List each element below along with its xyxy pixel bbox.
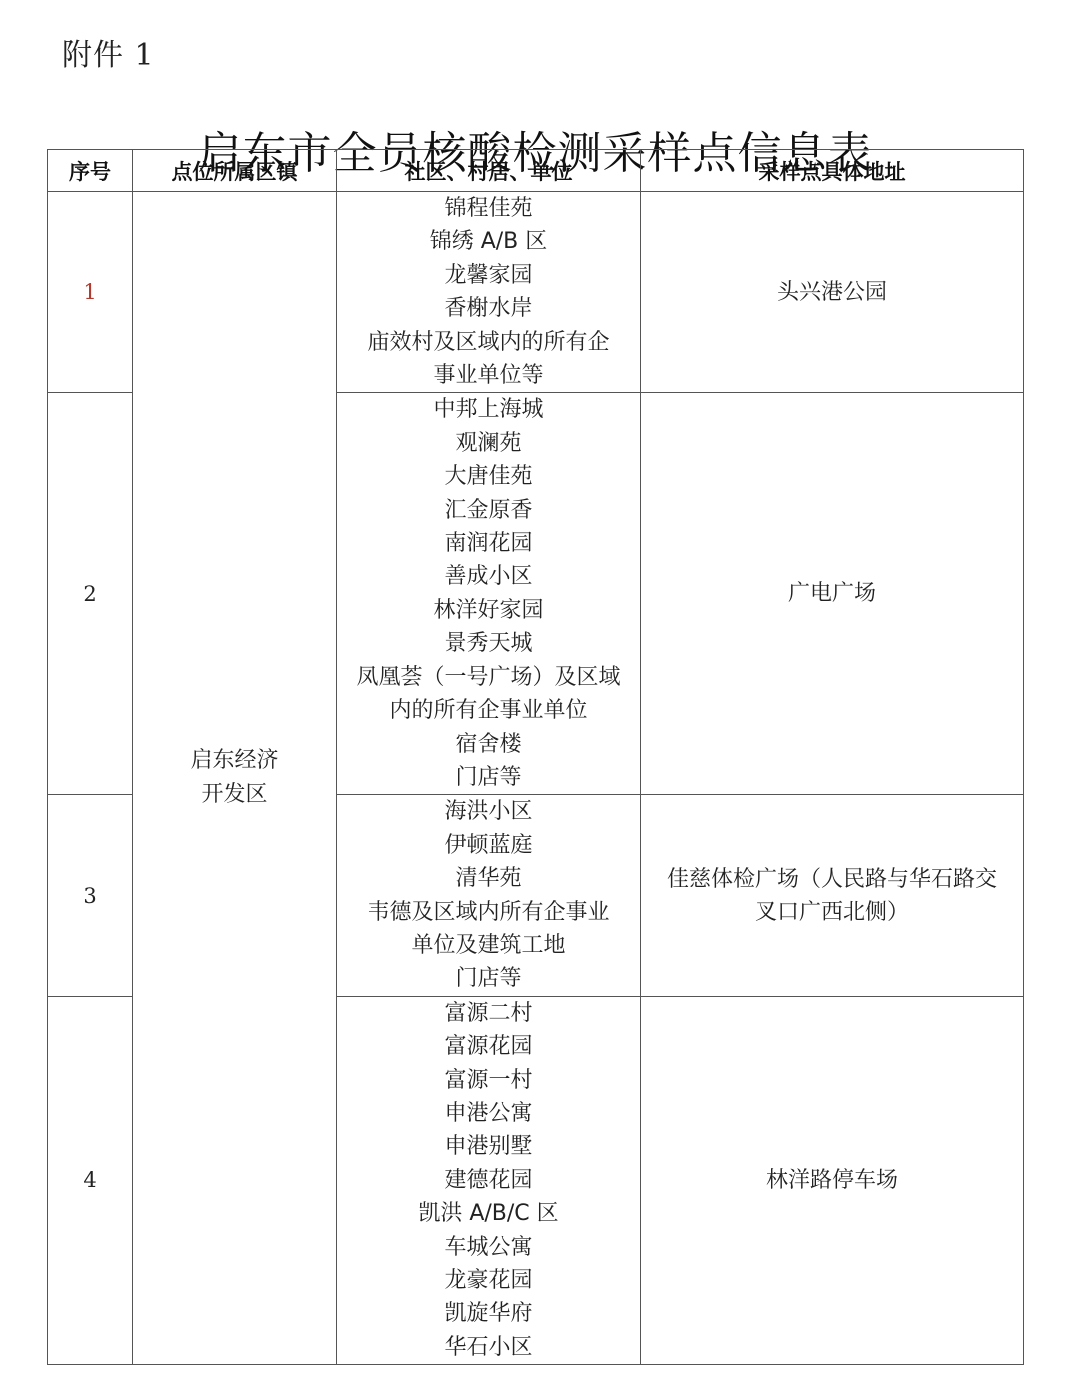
community-item: 凯洪 A/B/C 区 xyxy=(337,1197,640,1230)
community-item: 申港公寓 xyxy=(337,1097,640,1130)
address-line: 广电广场 xyxy=(641,577,1023,610)
community-item: 庙效村及区域内的所有企 xyxy=(337,326,640,359)
community-item: 凤凰荟（一号广场）及区域 xyxy=(337,661,640,694)
address-line: 林洋路停车场 xyxy=(641,1164,1023,1197)
community-item: 凯旋华府 xyxy=(337,1297,640,1330)
community-item: 富源一村 xyxy=(337,1064,640,1097)
community-item: 清华苑 xyxy=(337,862,640,895)
town-line: 开发区 xyxy=(133,778,336,812)
address-cell: 头兴港公园 xyxy=(641,192,1024,393)
address-line: 头兴港公园 xyxy=(641,276,1023,309)
communities-cell: 富源二村 富源花园 富源一村 申港公寓 申港别墅 建德花园 凯洪 A/B/C 区… xyxy=(337,996,641,1364)
community-item: 锦绣 A/B 区 xyxy=(337,225,640,258)
community-item: 申港别墅 xyxy=(337,1130,640,1163)
community-item: 林洋好家园 xyxy=(337,594,640,627)
community-item: 宿舍楼 xyxy=(337,728,640,761)
community-item: 富源花园 xyxy=(337,1030,640,1063)
community-item: 门店等 xyxy=(337,962,640,995)
community-item: 韦德及区域内所有企事业 xyxy=(337,896,640,929)
community-item: 车城公寓 xyxy=(337,1231,640,1264)
community-item: 汇金原香 xyxy=(337,494,640,527)
community-item: 南润花园 xyxy=(337,527,640,560)
community-item: 善成小区 xyxy=(337,560,640,593)
community-item: 单位及建筑工地 xyxy=(337,929,640,962)
address-line: 叉口广西北侧） xyxy=(641,896,1023,929)
header-communities: 社区、村居、单位 xyxy=(337,150,641,192)
community-item: 门店等 xyxy=(337,761,640,794)
community-item: 观澜苑 xyxy=(337,427,640,460)
address-cell: 广电广场 xyxy=(641,393,1024,795)
community-item: 海洪小区 xyxy=(337,795,640,828)
community-item: 华石小区 xyxy=(337,1331,640,1364)
row-seq: 1 xyxy=(48,192,133,393)
community-item: 锦程佳苑 xyxy=(337,192,640,225)
community-item: 景秀天城 xyxy=(337,627,640,660)
row-seq: 4 xyxy=(48,996,133,1364)
address-cell: 佳慈体检广场（人民路与华石路交 叉口广西北侧） xyxy=(641,795,1024,996)
community-item: 事业单位等 xyxy=(337,359,640,392)
row-seq: 2 xyxy=(48,393,133,795)
community-item: 建德花园 xyxy=(337,1164,640,1197)
communities-cell: 海洪小区 伊顿蓝庭 清华苑 韦德及区域内所有企事业 单位及建筑工地 门店等 xyxy=(337,795,641,996)
row-seq: 3 xyxy=(48,795,133,996)
community-item: 龙馨家园 xyxy=(337,259,640,292)
header-town: 点位所属区镇 xyxy=(133,150,337,192)
header-seq: 序号 xyxy=(48,150,133,192)
communities-cell: 锦程佳苑 锦绣 A/B 区 龙馨家园 香榭水岸 庙效村及区域内的所有企 事业单位… xyxy=(337,192,641,393)
community-item: 香榭水岸 xyxy=(337,292,640,325)
header-address: 采样点具体地址 xyxy=(641,150,1024,192)
address-cell: 林洋路停车场 xyxy=(641,996,1024,1364)
address-line: 佳慈体检广场（人民路与华石路交 xyxy=(641,863,1023,896)
community-item: 中邦上海城 xyxy=(337,393,640,426)
town-line: 启东经济 xyxy=(133,744,336,778)
communities-cell: 中邦上海城 观澜苑 大唐佳苑 汇金原香 南润花园 善成小区 林洋好家园 景秀天城… xyxy=(337,393,641,795)
table-header-row: 序号 点位所属区镇 社区、村居、单位 采样点具体地址 xyxy=(48,150,1024,192)
community-item: 伊顿蓝庭 xyxy=(337,829,640,862)
table-row: 1 启东经济 开发区 锦程佳苑 锦绣 A/B 区 龙馨家园 香榭水岸 庙效村及区… xyxy=(48,192,1024,393)
attachment-label: 附件 1 xyxy=(62,30,155,74)
community-item: 龙豪花园 xyxy=(337,1264,640,1297)
community-item: 内的所有企事业单位 xyxy=(337,694,640,727)
sampling-sites-table: 序号 点位所属区镇 社区、村居、单位 采样点具体地址 1 启东经济 开发区 锦程… xyxy=(47,149,1024,1365)
community-item: 大唐佳苑 xyxy=(337,460,640,493)
community-item: 富源二村 xyxy=(337,997,640,1030)
town-cell: 启东经济 开发区 xyxy=(133,192,337,1365)
